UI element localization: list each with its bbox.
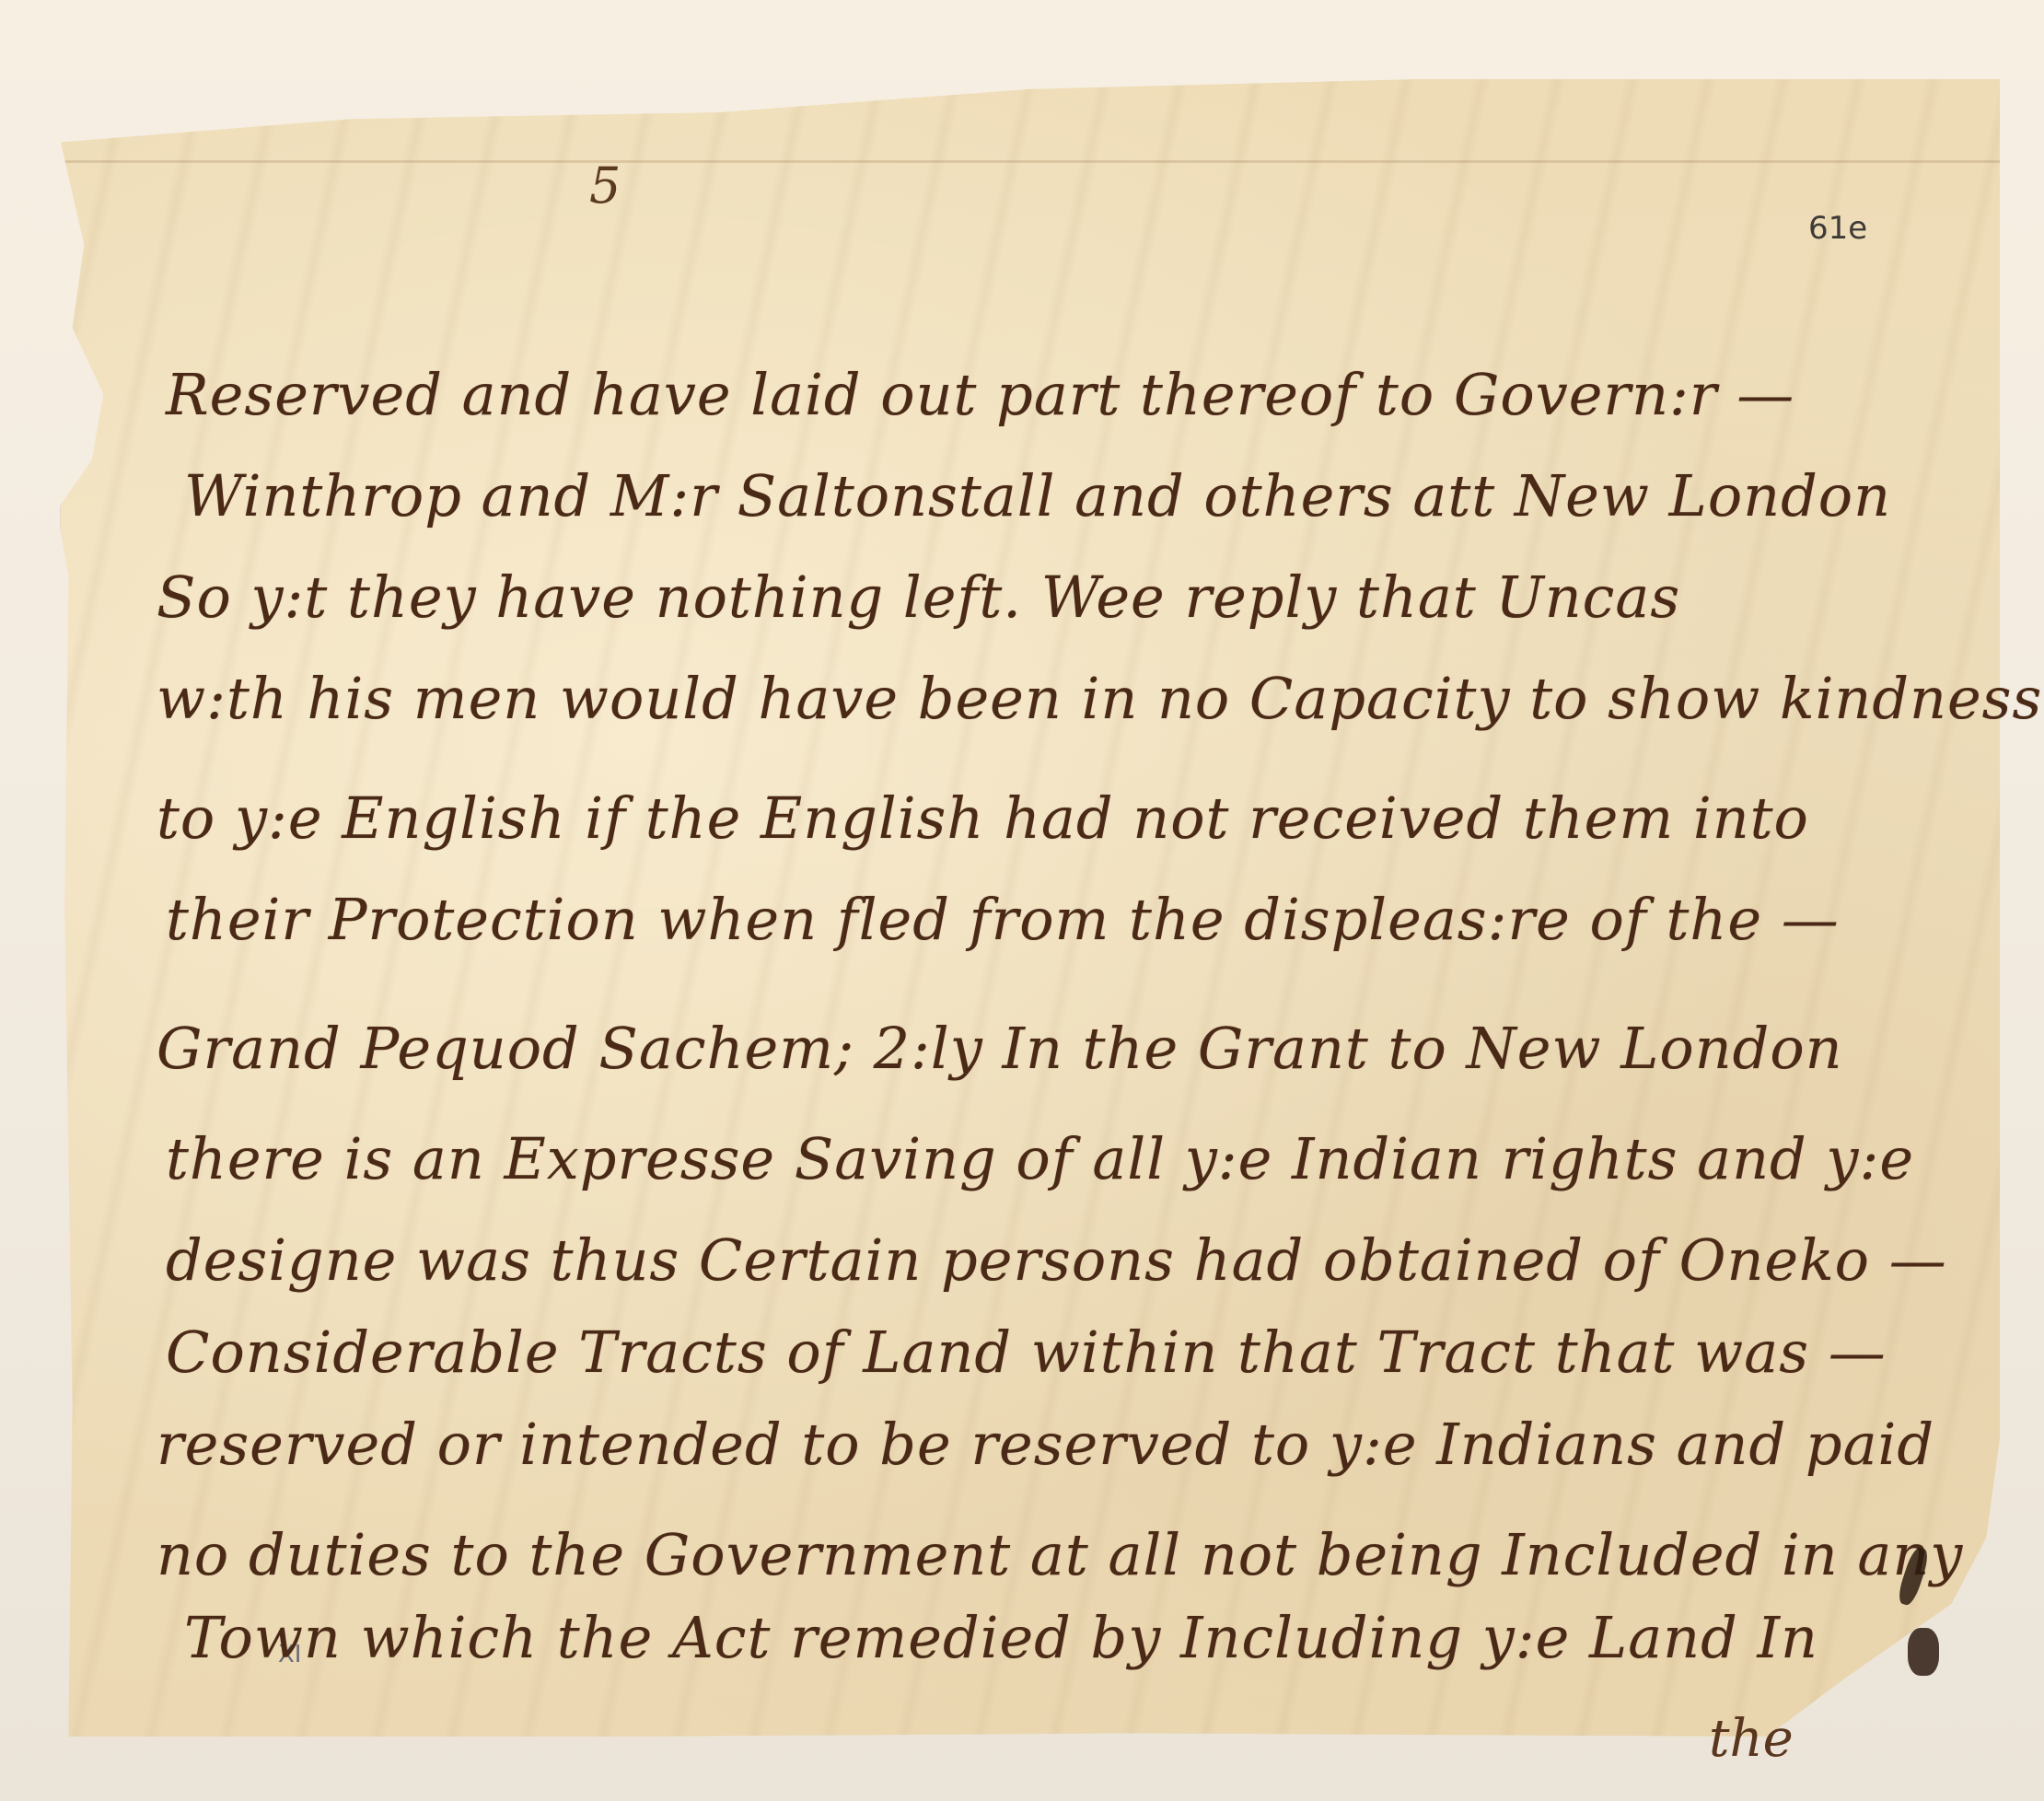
manuscript-text: Reserved and have laid out part thereof …: [0, 0, 2044, 1801]
manuscript-line: to y:e English if the English had not re…: [157, 784, 1809, 852]
manuscript-line: Winthrop and M:r Saltonstall and others …: [184, 462, 1891, 529]
manuscript-line: w:th his men would have been in no Capac…: [157, 665, 2042, 732]
manuscript-line: Considerable Tracts of Land within that …: [166, 1319, 1887, 1386]
manuscript-line: their Protection when fled from the disp…: [166, 886, 1840, 953]
manuscript-line: designe was thus Certain persons had obt…: [166, 1226, 1947, 1294]
manuscript-line: Town which the Act remedied by Including…: [184, 1604, 1818, 1671]
manuscript-line: So y:t they have nothing left. Wee reply…: [157, 564, 1680, 631]
manuscript-line: reserved or intended to be reserved to y…: [157, 1411, 1934, 1478]
manuscript-line: Grand Pequod Sachem; 2:ly In the Grant t…: [157, 1015, 1843, 1082]
ink-blot: [1908, 1628, 1939, 1676]
manuscript-line: no duties to the Government at all not b…: [157, 1521, 1963, 1588]
manuscript-line: there is an Expresse Saving of all y:e I…: [166, 1125, 1914, 1192]
manuscript-line: Reserved and have laid out part thereof …: [166, 361, 1794, 428]
catchword: the: [1709, 1709, 1794, 1769]
